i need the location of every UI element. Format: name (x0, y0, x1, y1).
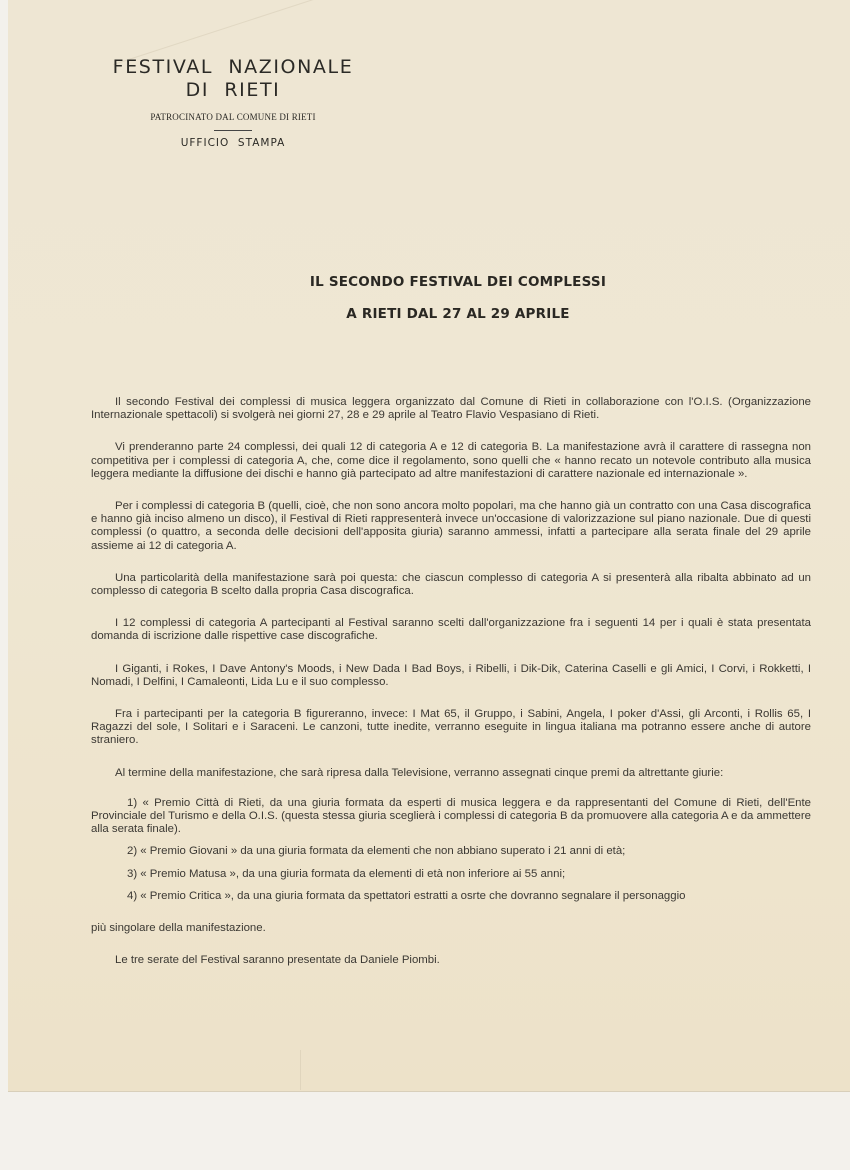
paragraph: I 12 complessi di categoria A partecipan… (91, 617, 811, 643)
prize-continuation: più singolare della manifestazione. (91, 922, 811, 935)
closing-line: Le tre serate del Festival saranno prese… (91, 954, 811, 967)
prize-item: 3) « Premio Matusa », da una giuria form… (91, 868, 811, 881)
prize-item: 1) « Premio Città di Rieti, da una giuri… (91, 797, 811, 837)
press-office-label: UFFICIO STAMPA (78, 137, 388, 149)
paragraph: Il secondo Festival dei complessi di mus… (91, 396, 811, 422)
patronage-line: Patrocinato dal Comune di Rieti (78, 112, 388, 122)
prize-item: 4) « Premio Critica », da una giuria for… (91, 890, 811, 903)
organization-title: FESTIVAL NAZIONALE DI RIETI (78, 56, 388, 102)
headline-line1: IL SECONDO FESTIVAL DEI COMPLESSI (208, 274, 708, 290)
paragraph: Al termine della manifestazione, che sar… (91, 767, 811, 780)
press-release-body: Il secondo Festival dei complessi di mus… (91, 396, 811, 986)
paragraph: Per i complessi di categoria B (quelli, … (91, 500, 811, 553)
organization-title-line2: DI RIETI (78, 79, 388, 102)
paragraph: Vi prenderanno parte 24 complessi, dei q… (91, 441, 811, 481)
document-page: FESTIVAL NAZIONALE DI RIETI Patrocinato … (8, 0, 850, 1091)
paragraph: Una particolarità della manifestazione s… (91, 572, 811, 598)
paper-tear (300, 1050, 301, 1090)
paragraph-category-a-bands: I Giganti, i Rokes, I Dave Antony's Mood… (91, 663, 811, 689)
divider (214, 130, 252, 131)
headline-line2: A RIETI DAL 27 AL 29 APRILE (208, 306, 708, 322)
prize-item: 2) « Premio Giovani » da una giuria form… (91, 845, 811, 858)
organization-title-line1: FESTIVAL NAZIONALE (113, 56, 354, 78)
letterhead: FESTIVAL NAZIONALE DI RIETI Patrocinato … (78, 56, 388, 149)
paragraph-category-b-bands: Fra i partecipanti per la categoria B fi… (91, 708, 811, 748)
